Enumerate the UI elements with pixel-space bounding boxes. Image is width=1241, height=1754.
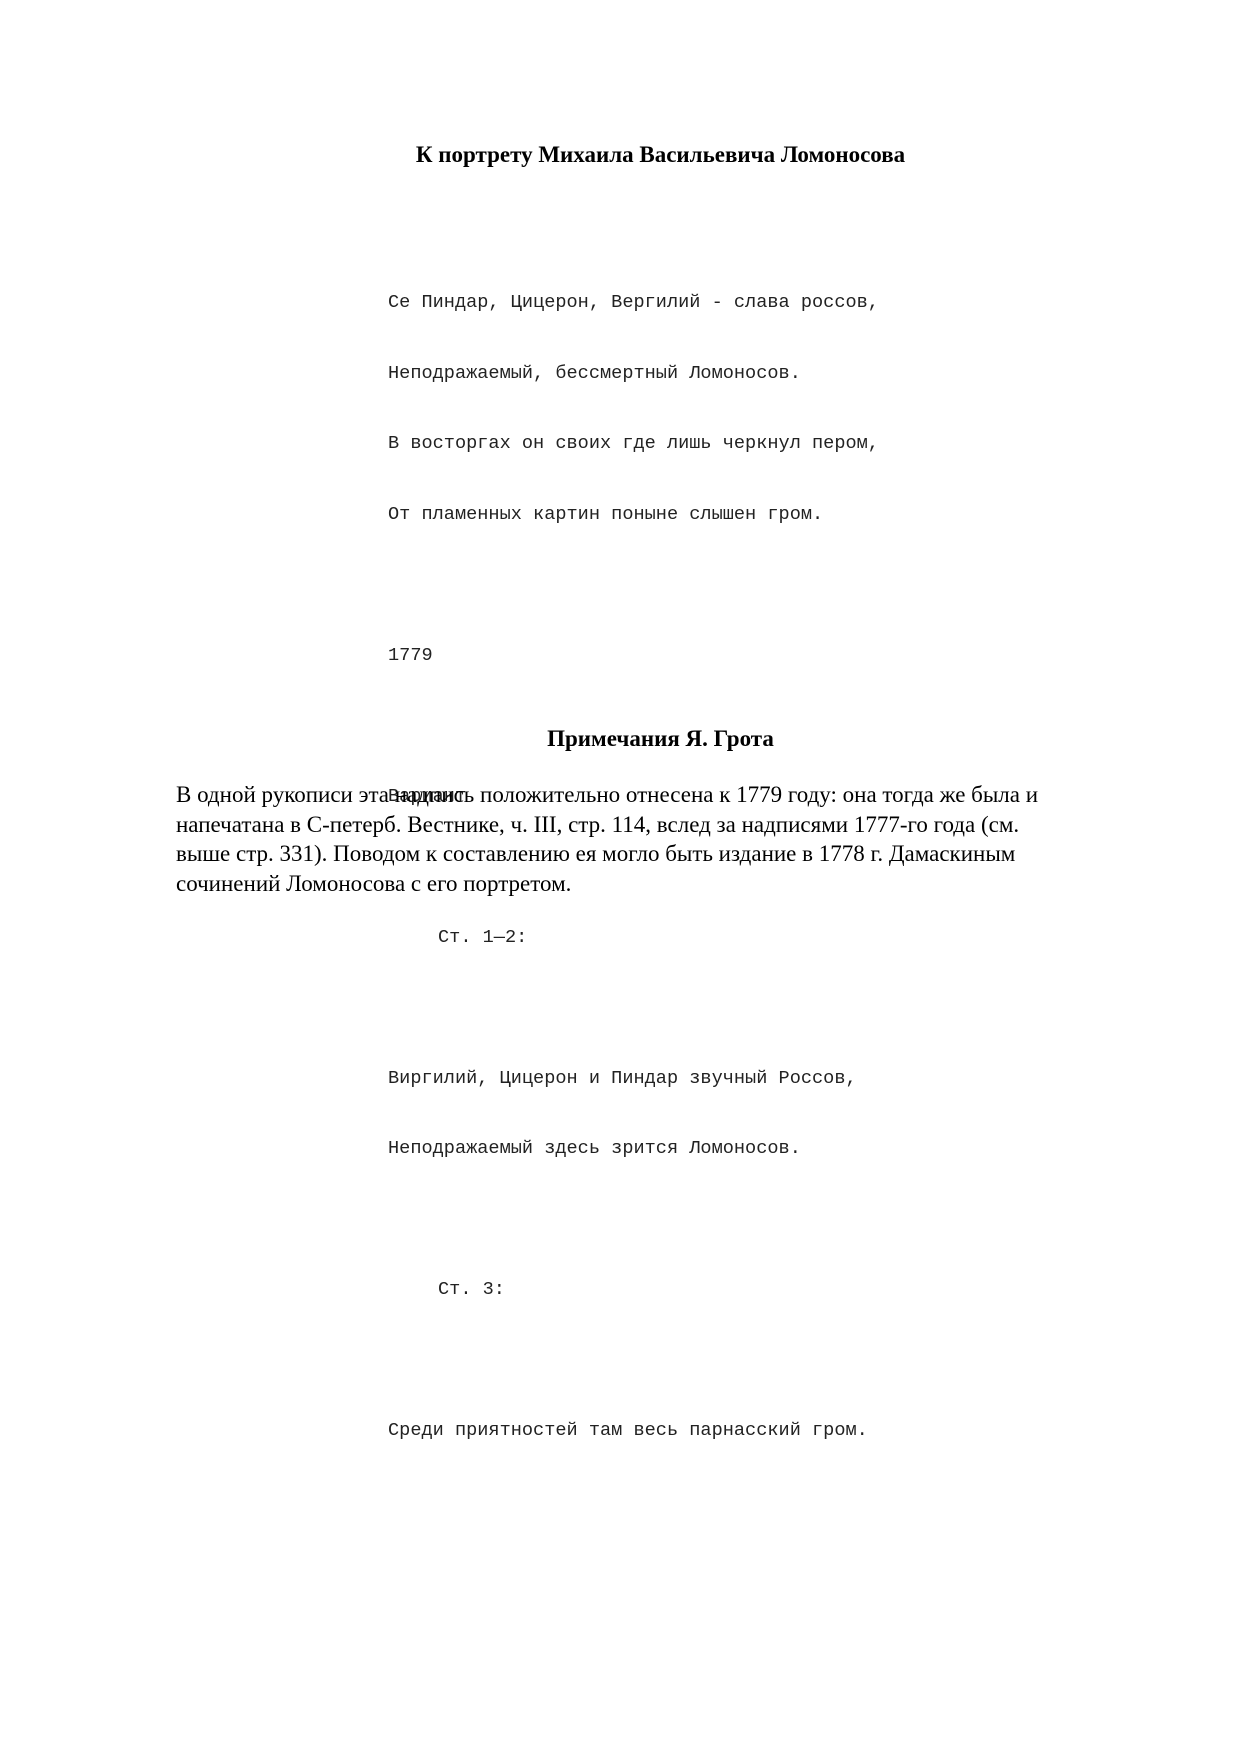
poem-line: Се Пиндар, Цицерон, Вергилий - слава рос… [388,291,879,315]
blank-line [388,1208,879,1232]
variant-line: Виргилий, Цицерон и Пиндар звучный Россо… [388,1067,879,1091]
variant-line: Неподражаемый здесь зрится Ломоносов. [388,1137,879,1161]
poem-line: В восторгах он своих где лишь черкнул пе… [388,432,879,456]
notes-line: напечатана в С-петерб. Вестнике, ч. III,… [176,810,1126,840]
notes-heading: Примечания Я. Грота [40,724,1241,754]
variant-ref: Ст. 3: [388,1278,879,1302]
variant-line: Среди приятностей там весь парнасский гр… [388,1419,879,1443]
blank-line [388,573,879,597]
poem-line: От пламенных картин поныне слышен гром. [388,503,879,527]
poem-line: Неподражаемый, бессмертный Ломоносов. [388,362,879,386]
notes-line: сочинений Ломоносова с его портретом. [176,869,1126,899]
variant-ref: Ст. 1—2: [388,926,879,950]
blank-line [388,1349,879,1373]
notes-line: В одной рукописи эта надпись положительн… [176,780,1126,810]
blank-line [388,996,879,1020]
notes-paragraph: В одной рукописи эта надпись положительн… [176,780,1126,898]
poem-date: 1779 [388,644,879,668]
notes-line: выше стр. 331). Поводом к составлению ея… [176,839,1126,869]
document-title: К портрету Михаила Васильевича Ломоносов… [40,140,1241,170]
